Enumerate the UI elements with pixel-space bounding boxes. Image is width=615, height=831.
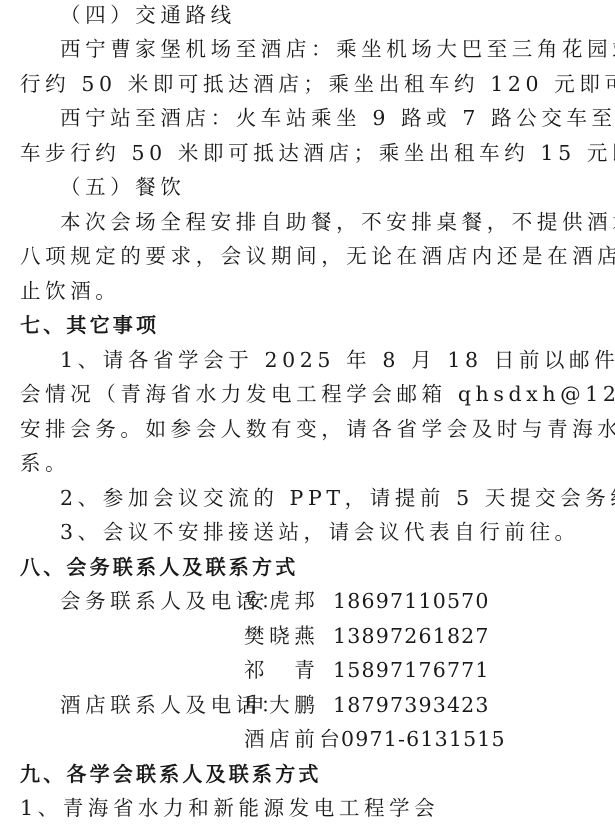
contact-row: 祁 青 15897176771 bbox=[0, 653, 615, 687]
contact-phone: 18797393423 bbox=[333, 688, 490, 722]
contact-name: 酒店前台 bbox=[244, 722, 344, 756]
section-heading-transport: （四）交通路线 bbox=[60, 0, 615, 32]
dining-line-3: 止饮酒。 bbox=[20, 274, 595, 308]
other-item-2: 2、参加会议交流的 PPT，请提前 5 天提交会务组。 bbox=[60, 481, 615, 515]
society-item-1: 1、青海省水力和新能源发电工程学会 bbox=[20, 791, 595, 825]
contact-phone: 15897176771 bbox=[333, 653, 490, 687]
contact-phone: 18697110570 bbox=[333, 584, 490, 618]
contact-row: 樊晓燕 13897261827 bbox=[0, 619, 615, 653]
other-item-1-line-3: 安排会务。如参会人数有变，请各省学会及时与青海水电学会联 bbox=[20, 412, 595, 446]
dining-line-1: 本次会场全程安排自助餐，不安排桌餐，不提供酒水。根据 bbox=[60, 205, 615, 239]
other-item-1-line-1: 1、请各省学会于 2025 年 8 月 18 日前以邮件形式反馈会议参 bbox=[60, 343, 615, 377]
section-heading-other-matters: 七、其它事项 bbox=[20, 308, 595, 342]
airport-route-line-2: 行约 50 米即可抵达酒店；乘坐出租车约 120 元即可抵达酒店。 bbox=[20, 67, 595, 101]
contact-row: 会务联系人及电话： 安虎邦 18697110570 bbox=[0, 584, 615, 618]
station-route-line-2: 车步行约 50 米即可抵达酒店；乘坐出租车约 15 元即可抵达酒店。 bbox=[20, 136, 595, 170]
contact-name: 樊晓燕 bbox=[244, 619, 319, 653]
section-heading-dining: （五）餐饮 bbox=[60, 170, 615, 204]
contact-phone: 13897261827 bbox=[333, 619, 490, 653]
airport-route-line-1: 西宁曹家堡机场至酒店：乘坐机场大巴至三角花园站下车，步 bbox=[60, 32, 615, 66]
contact-name: 安虎邦 bbox=[244, 584, 319, 618]
document-page: （四）交通路线 西宁曹家堡机场至酒店：乘坐机场大巴至三角花园站下车，步 行约 5… bbox=[0, 0, 615, 831]
contact-name: 申大鹏 bbox=[244, 688, 319, 722]
other-item-1-line-2: 会情况（青海省水力发电工程学会邮箱 qhsdxh@126.com），以便 bbox=[20, 377, 595, 411]
contact-row: 酒店前台 0971-6131515 bbox=[0, 722, 615, 756]
station-route-line-1: 西宁站至酒店：火车站乘坐 9 路或 7 路公交车至三角花园站下 bbox=[60, 101, 615, 135]
other-item-3: 3、会议不安排接送站，请会议代表自行前往。 bbox=[60, 515, 615, 549]
contact-name: 祁 青 bbox=[244, 653, 319, 687]
dining-line-2: 八项规定的要求，会议期间，无论在酒店内还是在酒店外，均禁 bbox=[20, 239, 595, 273]
section-heading-society-contacts: 九、各学会联系人及联系方式 bbox=[20, 757, 595, 791]
contact-row: 酒店联系人及电话： 申大鹏 18797393423 bbox=[0, 688, 615, 722]
contact-phone: 0971-6131515 bbox=[341, 722, 506, 756]
other-item-1-line-4: 系。 bbox=[20, 446, 595, 480]
section-heading-contacts: 八、会务联系人及联系方式 bbox=[20, 550, 595, 584]
